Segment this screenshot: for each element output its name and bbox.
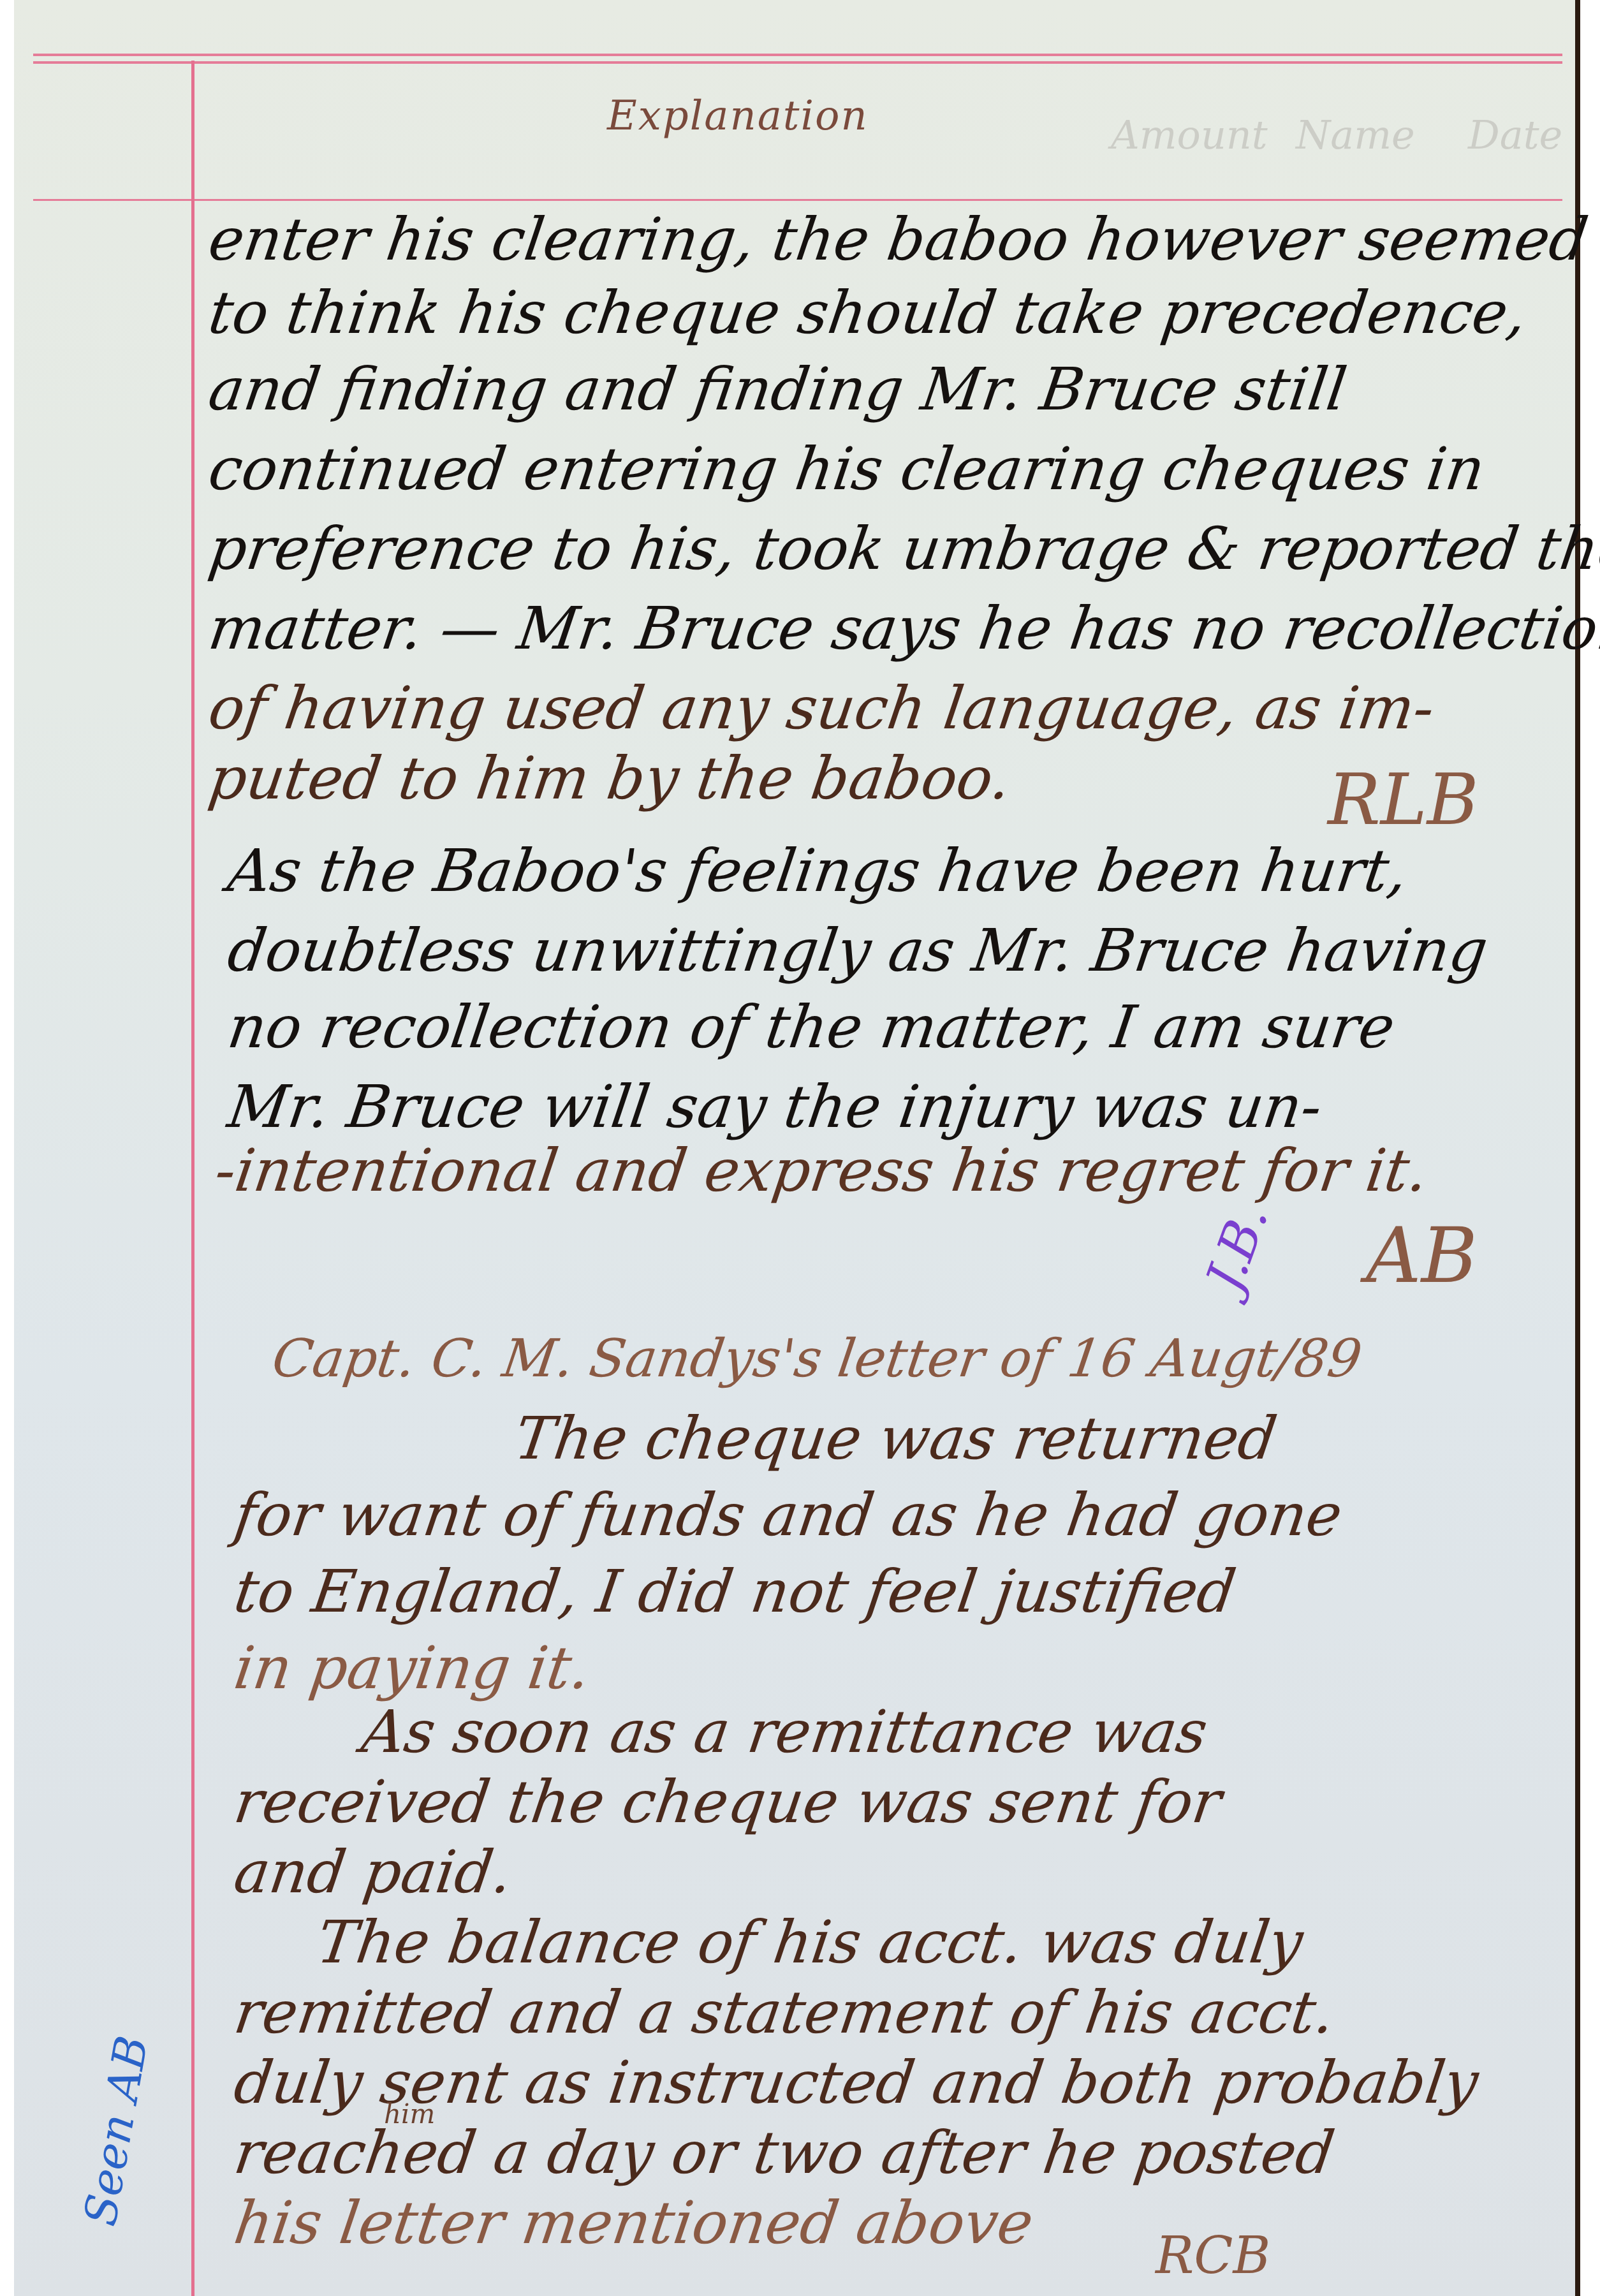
text-line: to England, I did not feel justified xyxy=(231,1563,1600,1621)
initials-signature: RCB xyxy=(1156,2226,1270,2285)
text-line: duly sent as instructed and both probabl… xyxy=(231,2054,1600,2112)
top-double-rule-2 xyxy=(33,61,1562,64)
text-line: preference to his, took umbrage & report… xyxy=(205,520,1597,578)
text-line: received the cheque was sent for xyxy=(231,1773,1600,1832)
text-line: Mr. Bruce will say the injury was un- xyxy=(224,1078,1600,1137)
text-line: and finding and finding Mr. Bruce still xyxy=(205,360,1597,419)
text-line: no recollection of the matter, I am sure xyxy=(224,998,1600,1057)
text-line: As the Baboo's feelings have been hurt, xyxy=(224,842,1600,901)
initials-signature: RLB xyxy=(1328,759,1479,841)
text-line: his letter mentioned above xyxy=(231,2194,1600,2253)
top-double-rule-1 xyxy=(33,54,1562,56)
ledger-page: Date Amount Name Explanation enter his c… xyxy=(14,0,1580,2296)
faded-header-date: Date xyxy=(1468,112,1562,158)
initials-signature: AB xyxy=(1366,1212,1478,1300)
text-line: to think his cheque should take preceden… xyxy=(205,284,1597,342)
text-line: The cheque was returned xyxy=(511,1409,1600,1468)
text-line: matter. — Mr. Bruce says he has no recol… xyxy=(205,600,1597,658)
text-line: for want of funds and as he had gone xyxy=(231,1486,1600,1545)
text-line: The balance of his acct. was duly xyxy=(314,1913,1600,1972)
header-rule xyxy=(33,199,1562,201)
letter-heading: Capt. C. M. Sandys's letter of 16 Augt/8… xyxy=(269,1333,1600,1385)
page-title: Explanation xyxy=(607,92,869,140)
faded-header-amount: Amount xyxy=(1111,112,1268,158)
purple-initials-stamp: J.B. xyxy=(1194,1197,1280,1299)
text-line: of having used any such language, as im- xyxy=(205,679,1597,738)
text-line: As soon as a remittance was xyxy=(358,1703,1600,1762)
text-line: doubtless unwittingly as Mr. Bruce havin… xyxy=(224,922,1600,980)
text-line: and paid. xyxy=(231,1843,1600,1902)
text-line: in paying it. xyxy=(231,1639,1600,1698)
text-line: enter his clearing, the baboo however se… xyxy=(205,210,1597,269)
faded-header-name: Name xyxy=(1296,112,1415,158)
margin-rule xyxy=(191,61,194,2296)
margin-seen-note: Seen AB xyxy=(74,2032,159,2230)
text-line: continued entering his clearing cheques … xyxy=(205,440,1597,499)
text-line: remitted and a statement of his acct. xyxy=(231,1983,1600,2042)
text-line: reached a day or two after he posted xyxy=(231,2124,1600,2182)
text-line: -intentional and express his regret for … xyxy=(212,1142,1600,1200)
